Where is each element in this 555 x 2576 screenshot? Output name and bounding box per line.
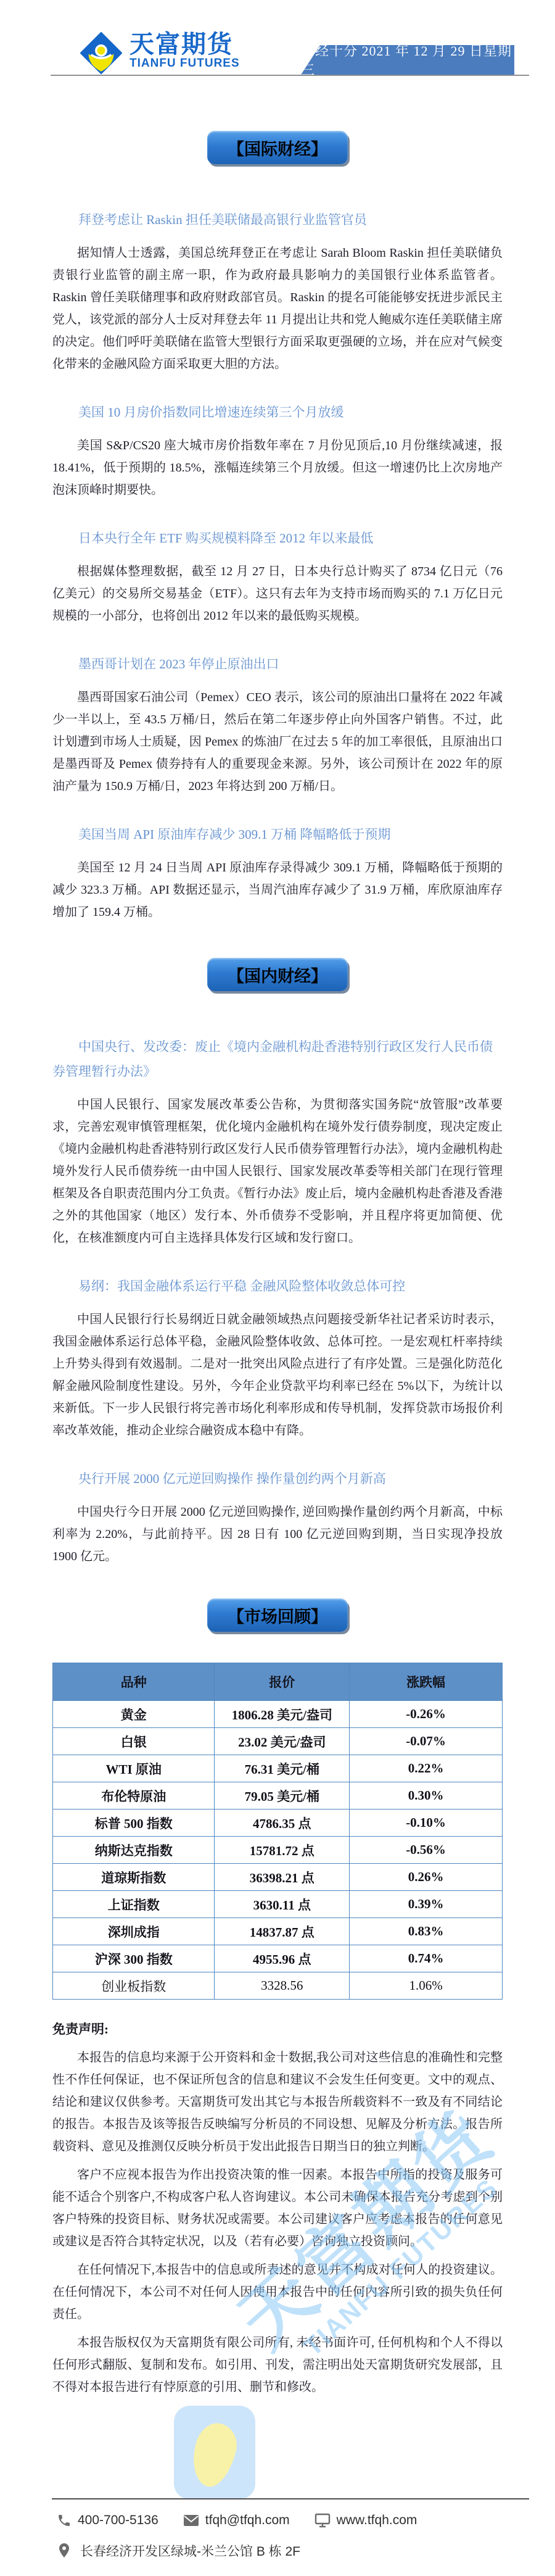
change-cell: -0.56% bbox=[350, 1837, 503, 1864]
table-row: 沪深 300 指数 4955.96 点 0.74% bbox=[53, 1945, 503, 1972]
quote-cell: 3630.11 点 bbox=[215, 1891, 350, 1918]
quote-cell: 4786.35 点 bbox=[215, 1809, 350, 1837]
instrument-cell: WTI 原油 bbox=[53, 1755, 215, 1782]
footer-contact-row: 400-700-5136 tfqh@tfqh.com www.tfqh.com bbox=[57, 2513, 433, 2528]
change-cell: -0.10% bbox=[350, 1809, 503, 1837]
article-body: 根据媒体整理数据，截至 12 月 27 日，日本央行总计购买了 8734 亿日元… bbox=[52, 560, 503, 627]
article-body: 中国人民银行行长易纲近日就金融领域热点问题接受新华社记者采访时表示，我国金融体系… bbox=[52, 1308, 503, 1442]
quote-cell: 14837.87 点 bbox=[215, 1918, 350, 1945]
section-button-market-review[interactable]: 【市场回顾】 bbox=[207, 1598, 348, 1632]
footer-address-row: 长春经济开发区绿城-米兰公馆 B 栋 2F bbox=[57, 2541, 300, 2560]
instrument-cell: 黄金 bbox=[53, 1701, 215, 1728]
instrument-cell: 上证指数 bbox=[53, 1891, 215, 1918]
instrument-cell: 白银 bbox=[53, 1728, 215, 1755]
instrument-cell: 道琼斯指数 bbox=[53, 1864, 215, 1891]
phone-number: 400-700-5136 bbox=[78, 2513, 158, 2528]
change-cell: -0.26% bbox=[350, 1701, 503, 1728]
instrument-cell: 纳斯达克指数 bbox=[53, 1837, 215, 1864]
quote-cell: 3328.56 bbox=[215, 1972, 350, 2000]
quote-cell: 15781.72 点 bbox=[215, 1837, 350, 1864]
header: 天富期货 TIANFU FUTURES 财经十分 2021 年 12 月 29 … bbox=[0, 0, 555, 80]
article-title: 日本央行全年 ETF 购买规模料降至 2012 年以来最低 bbox=[52, 526, 503, 551]
change-cell: 0.22% bbox=[350, 1755, 503, 1782]
change-cell: 1.06% bbox=[350, 1972, 503, 2000]
mail-icon bbox=[183, 2514, 199, 2527]
website-url: www.tfqh.com bbox=[337, 2513, 417, 2528]
article-body: 中国人民银行、国家发展改革委公告称，为贯彻落实国务院“放管服”改革要求，完善宏观… bbox=[52, 1094, 503, 1249]
col-header-quote: 报价 bbox=[215, 1663, 350, 1701]
table-row: 布伦特原油 79.05 美元/桶 0.30% bbox=[53, 1782, 503, 1809]
quote-cell: 79.05 美元/桶 bbox=[215, 1782, 350, 1809]
table-row: 创业板指数 3328.56 1.06% bbox=[53, 1972, 503, 2000]
watermark-logo bbox=[174, 2406, 255, 2499]
disclaimer-heading: 免责声明: bbox=[52, 2018, 503, 2040]
quote-cell: 4955.96 点 bbox=[215, 1945, 350, 1972]
instrument-cell: 布伦特原油 bbox=[53, 1782, 215, 1809]
col-header-change: 涨跌幅 bbox=[350, 1663, 503, 1701]
logo-text: 天富期货 TIANFU FUTURES bbox=[129, 32, 240, 70]
newsletter-page: 天富期货 TIANFU FUTURES 财经十分 2021 年 12 月 29 … bbox=[0, 0, 555, 2576]
table-row: 纳斯达克指数 15781.72 点 -0.56% bbox=[53, 1837, 503, 1864]
quote-cell: 76.31 美元/桶 bbox=[215, 1755, 350, 1782]
instrument-cell: 深圳成指 bbox=[53, 1918, 215, 1945]
table-row: 上证指数 3630.11 点 0.39% bbox=[53, 1891, 503, 1918]
quote-cell: 36398.21 点 bbox=[215, 1864, 350, 1891]
change-cell: 0.74% bbox=[350, 1945, 503, 1972]
instrument-cell: 标普 500 指数 bbox=[53, 1809, 215, 1837]
disclaimer-paragraph: 本报告的信息均来源于公开资料和金十数据,我公司对这些信息的准确性和完整性不作任何… bbox=[52, 2046, 503, 2158]
footer-divider bbox=[52, 2498, 529, 2499]
article-title: 墨西哥计划在 2023 年停止原油出口 bbox=[52, 652, 503, 676]
table-row: WTI 原油 76.31 美元/桶 0.22% bbox=[53, 1755, 503, 1782]
quote-cell: 1806.28 美元/盎司 bbox=[215, 1701, 350, 1728]
market-table: 品种 报价 涨跌幅 黄金 1806.28 美元/盎司 -0.26% 白银 23.… bbox=[52, 1663, 503, 2000]
table-row: 深圳成指 14837.87 点 0.83% bbox=[53, 1918, 503, 1945]
email-address: tfqh@tfqh.com bbox=[205, 2513, 290, 2528]
change-cell: -0.07% bbox=[350, 1728, 503, 1755]
main-content: 【国际财经】 拜登考虑让 Raskin 担任美联储最高银行业监管官员 据知情人士… bbox=[52, 80, 503, 2398]
logo-diamond-icon bbox=[80, 32, 122, 74]
header-divider bbox=[51, 75, 529, 76]
change-cell: 0.26% bbox=[350, 1864, 503, 1891]
monitor-icon bbox=[314, 2513, 331, 2528]
disclaimer-paragraph: 在任何情况下,本报告中的信息或所表述的意见并不构成对任何人的投资建议。在任何情况… bbox=[52, 2259, 503, 2325]
phone-contact: 400-700-5136 bbox=[57, 2513, 158, 2528]
article-body: 墨西哥国家石油公司（Pemex）CEO 表示，该公司的原油出口量将在 2022 … bbox=[52, 686, 503, 797]
instrument-cell: 创业板指数 bbox=[53, 1972, 215, 2000]
company-logo: 天富期货 TIANFU FUTURES bbox=[80, 32, 240, 74]
phone-icon bbox=[57, 2513, 72, 2528]
table-row: 标普 500 指数 4786.35 点 -0.10% bbox=[53, 1809, 503, 1837]
email-contact: tfqh@tfqh.com bbox=[183, 2513, 290, 2528]
col-header-instrument: 品种 bbox=[53, 1663, 215, 1701]
article-title: 易纲：我国金融体系运行平稳 金融风险整体收敛总体可控 bbox=[52, 1274, 503, 1298]
location-pin-icon bbox=[57, 2543, 72, 2559]
table-row: 道琼斯指数 36398.21 点 0.26% bbox=[53, 1864, 503, 1891]
table-header-row: 品种 报价 涨跌幅 bbox=[53, 1663, 503, 1701]
website-contact: www.tfqh.com bbox=[314, 2513, 417, 2528]
article-title: 美国当周 API 原油库存减少 309.1 万桶 降幅略低于预期 bbox=[52, 822, 503, 847]
logo-text-en: TIANFU FUTURES bbox=[129, 57, 240, 70]
table-row: 黄金 1806.28 美元/盎司 -0.26% bbox=[53, 1701, 503, 1728]
article-title: 央行开展 2000 亿元逆回购操作 操作量创约两个月新高 bbox=[52, 1466, 503, 1491]
instrument-cell: 沪深 300 指数 bbox=[53, 1945, 215, 1972]
disclaimer-paragraph: 本报告版权仅为天富期货有限公司所有, 未经书面许可, 任何机构和个人不得以任何形… bbox=[52, 2332, 503, 2398]
section-button-domestic[interactable]: 【国内财经】 bbox=[207, 958, 348, 991]
article-body: 美国 S&P/CS20 座大城市房价指数年率在 7 月份见顶后,10 月份继续减… bbox=[52, 434, 503, 501]
article-title: 美国 10 月房价指数同比增速连续第三个月放缓 bbox=[52, 400, 503, 425]
change-cell: 0.39% bbox=[350, 1891, 503, 1918]
date-banner: 财经十分 2021 年 12 月 29 日星期三 bbox=[301, 45, 514, 75]
article-body: 中国央行今日开展 2000 亿元逆回购操作, 逆回购操作量创约两个月新高，中标利… bbox=[52, 1501, 503, 1568]
address-text: 长春经济开发区绿城-米兰公馆 B 栋 2F bbox=[80, 2541, 300, 2560]
section-button-international[interactable]: 【国际财经】 bbox=[207, 131, 348, 164]
quote-cell: 23.02 美元/盎司 bbox=[215, 1728, 350, 1755]
disclaimer-paragraph: 客户不应视本报告为作出投资决策的惟一因素。本报告中所指的投资及服务可能不适合个别… bbox=[52, 2164, 503, 2253]
article-title: 中国央行、发改委：废止《境内金融机构赴香港特别行政区发行人民币债券管理暂行办法》 bbox=[52, 1034, 503, 1084]
change-cell: 0.30% bbox=[350, 1782, 503, 1809]
change-cell: 0.83% bbox=[350, 1918, 503, 1945]
article-body: 美国至 12 月 24 日当周 API 原油库存录得减少 309.1 万桶，降幅… bbox=[52, 857, 503, 923]
article-title: 拜登考虑让 Raskin 担任美联储最高银行业监管官员 bbox=[52, 207, 503, 232]
article-body: 据知情人士透露，美国总统拜登正在考虑让 Sarah Bloom Raskin 担… bbox=[52, 242, 503, 375]
table-row: 白银 23.02 美元/盎司 -0.07% bbox=[53, 1728, 503, 1755]
logo-text-cn: 天富期货 bbox=[129, 32, 240, 57]
